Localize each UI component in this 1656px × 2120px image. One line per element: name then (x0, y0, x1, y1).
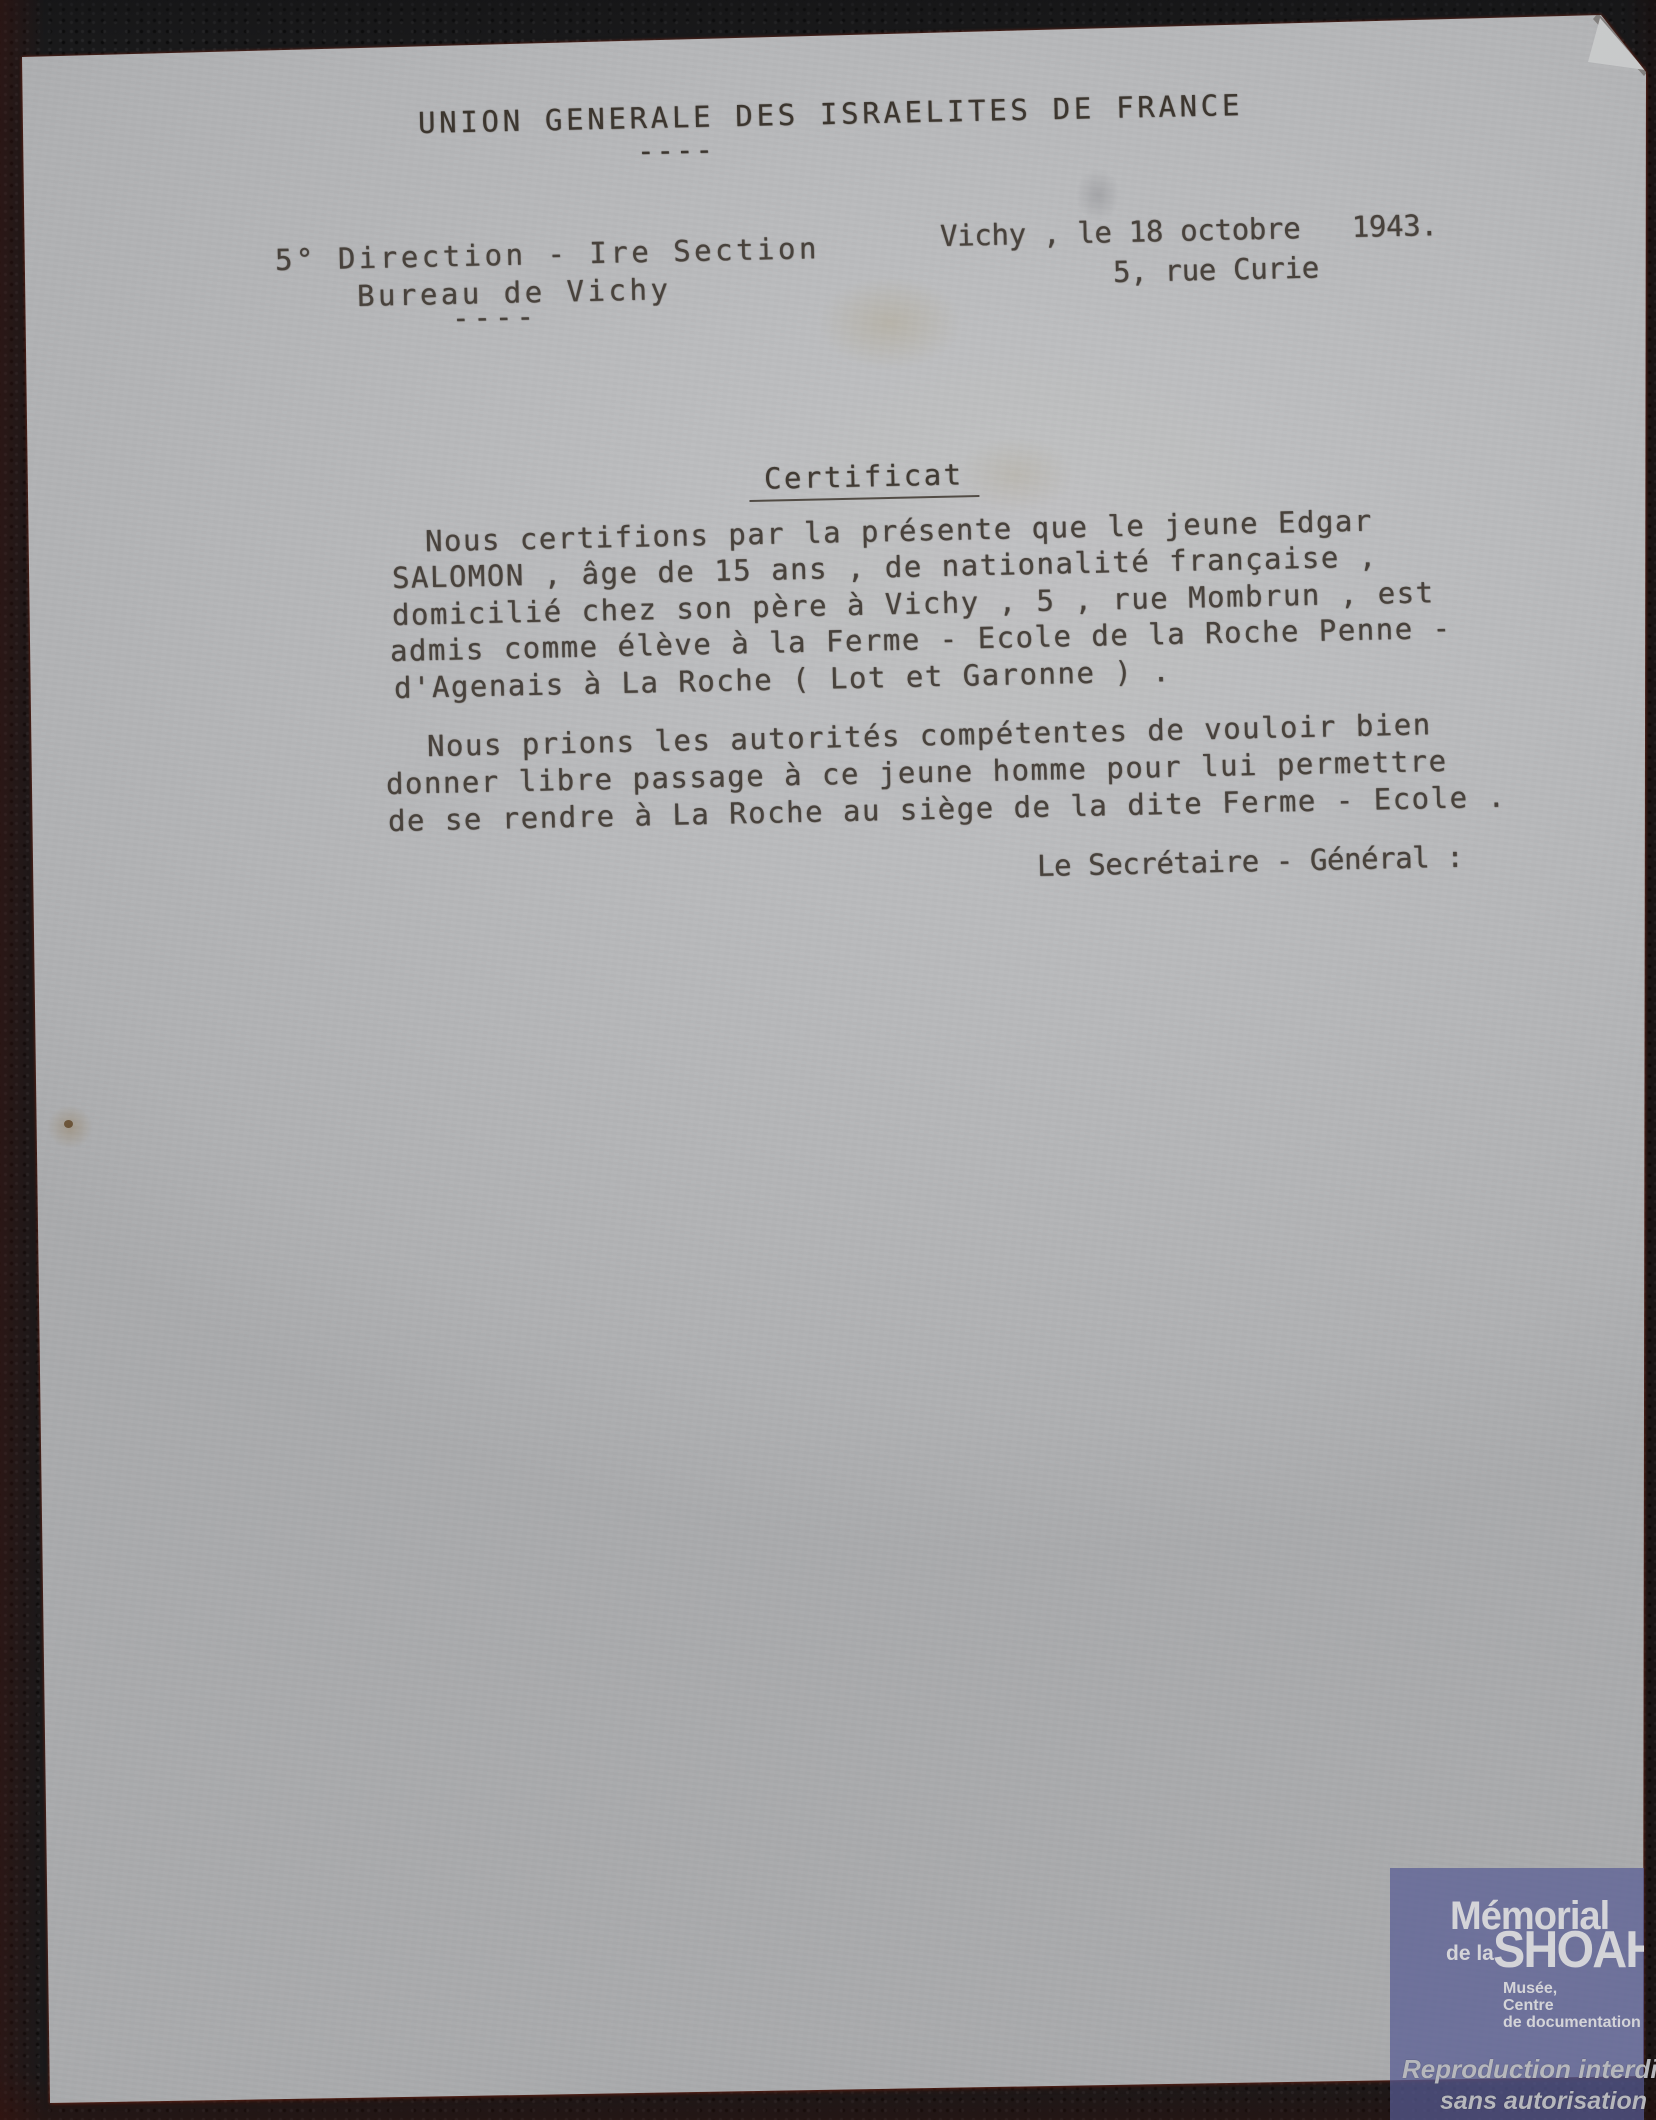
document-title: Certificat (749, 456, 979, 497)
paper-grain-texture (0, 0, 1656, 2120)
watermark-brand-shoah: SHOAH (1493, 1920, 1644, 1980)
reproduction-notice-line1: Reproduction interdite (1402, 2054, 1656, 2085)
sender-divider: ---- (452, 298, 539, 336)
org-header-divider: ---- (637, 131, 716, 169)
paper-sheet-wrapper: UNION GENERALE DES ISRAELITES DE FRANCE … (0, 0, 1656, 2120)
scanned-document-photo: UNION GENERALE DES ISRAELITES DE FRANCE … (0, 0, 1656, 2120)
watermark-subtitle-centre: Centre (1503, 1998, 1554, 2014)
reproduction-notice-line2: sans autorisation (1440, 2087, 1647, 2116)
watermark-subtitle-musee: Musée, (1503, 1981, 1557, 1997)
document-title-text: Certificat (749, 457, 979, 502)
watermark-subtitle-documentation: de documentation (1503, 2015, 1641, 2031)
paper-sheet: UNION GENERALE DES ISRAELITES DE FRANCE … (0, 0, 1656, 2120)
watermark-brand-dela: de la (1446, 1942, 1494, 1966)
address-line: 5, rue Curie (1113, 250, 1320, 290)
